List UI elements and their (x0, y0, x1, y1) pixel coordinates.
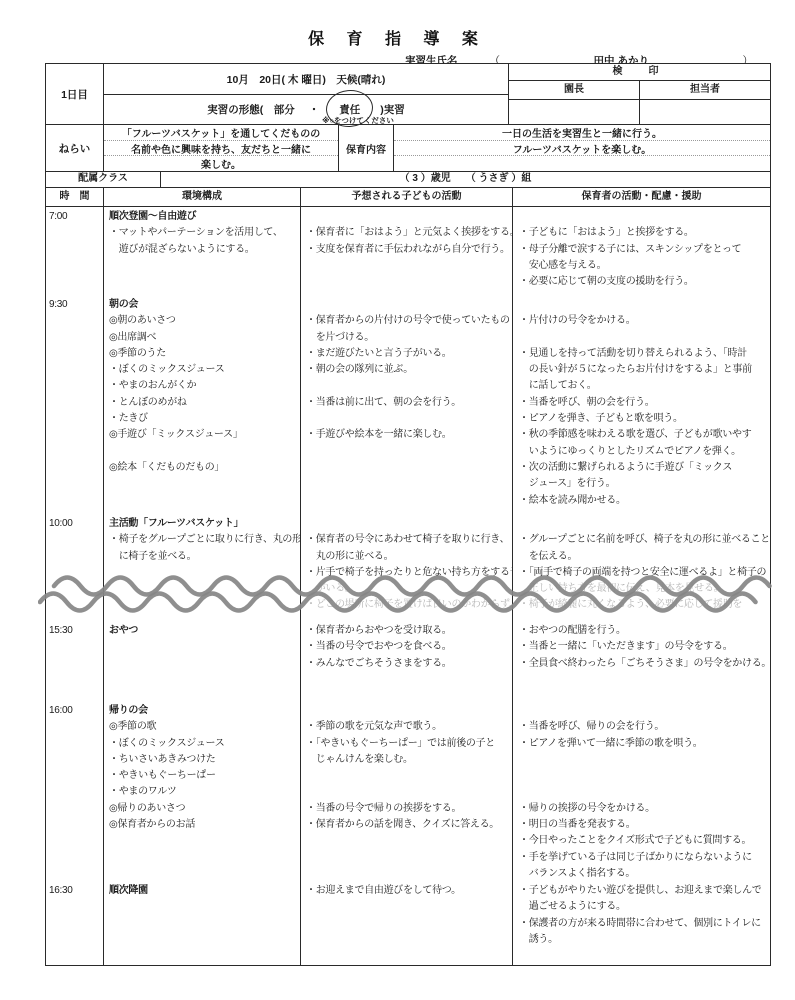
caregiver-activity-cell: ・片付けの号令をかける。 ・見通しを持って活動を切り替えられるよう、「時計 の長… (513, 295, 770, 514)
child-activity-cell: ・保育者の号令にあわせて椅子を取りに行き、 丸の形に並べる。・片手で椅子を持った… (301, 514, 513, 621)
caregiver-activity-cell: ・当番を呼び、帰りの会を行う。・ピアノを弾いて一緒に季節の歌を唄う。 ・帰りの挨… (513, 701, 770, 881)
plan-line (306, 703, 512, 719)
environment-cell: 朝の会◎朝のあいさつ◎出席調べ◎季節のうた・ぼくのミックスジュース・やまのおんが… (104, 295, 301, 514)
plan-line: ・母子分離で涙する子には、スキンシップをとって (519, 242, 770, 258)
plan-line: 誘う。 (519, 932, 770, 948)
plan-line: ◎季節の歌 (109, 719, 300, 735)
plan-line (306, 209, 512, 225)
assigned-class-value: （ 3 ）歳児 （ うさぎ ）組 (161, 172, 770, 187)
time-cell: 15:30 (46, 621, 104, 701)
assigned-class-label: 配属クラス (46, 172, 161, 187)
plan-line: ・子どもがやりたい遊びを提供し、お迎えまで楽しんで (519, 883, 770, 899)
plan-line: ・手遊びや絵本を一緒に楽しむ。 (306, 427, 512, 443)
child-activity-cell: ・保育者に「おはよう」と元気よく挨拶をする。・支度を保育者に手伝われながら自分で… (301, 207, 513, 295)
plan-line: ・おやつの配膳を行う。 (519, 623, 770, 639)
time-cell: 16:00 (46, 701, 104, 881)
plan-line: ・「両手で椅子の両端を持つと安全に運べるよ」と椅子の (519, 565, 770, 581)
plan-line: ・ちいさいあきみつけた (109, 752, 300, 768)
stamp-supervisor-field (640, 100, 770, 124)
plan-line: 安心感を与える。 (519, 258, 770, 274)
plan-line (519, 297, 770, 313)
inspection-stamp-box: 検 印 園長 担当者 (509, 64, 770, 124)
time-cell: 9:30 (46, 295, 104, 514)
plan-line: ◎帰りのあいさつ (109, 801, 300, 817)
plan-line: ・季節の歌を元気な声で歌う。 (306, 719, 512, 735)
plan-line: ◎朝のあいさつ (109, 313, 300, 329)
stamp-empty-cells (509, 100, 770, 124)
plan-line: ・みんなでごちそうさまをする。 (306, 656, 512, 672)
plan-line (519, 768, 770, 784)
care-content-label: 保育内容 (339, 125, 394, 171)
plan-line: ・明日の当番を発表する。 (519, 817, 770, 833)
care-content-line (394, 156, 770, 171)
activity-title: おやつ (109, 623, 300, 639)
plan-line: ・秋の季節感を味わえる歌を選び、子どもが歌いやす (519, 427, 770, 443)
plan-line: ・保育者からの片付けの号令で使っていたもの (306, 313, 512, 329)
time-value: 15:30 (49, 623, 103, 639)
plan-line (306, 768, 512, 784)
plan-line: ・保育者に「おはよう」と元気よく挨拶をする。 (306, 225, 512, 241)
plan-line: 過ごせるようにする。 (519, 899, 770, 915)
aim-line: 楽しむ。 (104, 156, 338, 171)
column-header-row: 時 間 環境構成 予想される子どもの活動 保育者の活動・配慮・援助 (46, 188, 770, 207)
day-number-cell: 1日目 (46, 64, 104, 124)
time-value: 16:30 (49, 883, 103, 899)
plan-line (519, 784, 770, 800)
plan-line: ・朝の会の隊列に並ぶ。 (306, 362, 512, 378)
schedule-section-15:30: 15:30おやつ・保育者からおやつを受け取る。・当番の号令でおやつを食べる。・み… (46, 621, 770, 701)
plan-line (519, 752, 770, 768)
stamp-title: 検 印 (509, 64, 770, 81)
plan-line: じゃんけんを楽しむ。 (306, 752, 512, 768)
environment-cell: おやつ (104, 621, 301, 701)
column-header-child-activity: 予想される子どもの活動 (301, 188, 513, 206)
plan-line: ・お迎えまで自由遊びをして待つ。 (306, 883, 512, 899)
schedule-section-9:30: 9:30朝の会◎朝のあいさつ◎出席調べ◎季節のうた・ぼくのミックスジュース・やま… (46, 295, 770, 514)
plan-line: ・当番の号令でおやつを食べる。 (306, 639, 512, 655)
caregiver-activity-cell: ・子どもがやりたい遊びを提供し、お迎えまで楽しんで 過ごせるようにする。・保護者… (513, 881, 770, 965)
plan-line (306, 411, 512, 427)
plan-line: ・当番は前に出て、朝の会を行う。 (306, 395, 512, 411)
plan-line: ・ピアノを弾いて一緒に季節の歌を唄う。 (519, 736, 770, 752)
schedule-section-10:00: 10:00主活動「フルーツバスケット」・椅子をグループごとに取りに行き、丸の形 … (46, 514, 770, 621)
plan-line (109, 444, 300, 460)
plan-line: ◎出席調べ (109, 330, 300, 346)
plan-line: ・必要に応じて朝の支度の援助を行う。 (519, 274, 770, 290)
plan-line: ・当番を呼び、朝の会を行う。 (519, 395, 770, 411)
time-value: 9:30 (49, 297, 103, 313)
plan-line (306, 297, 512, 313)
schedule-body: 7:00順次登園～自由遊び・マットやパーテーションを活用して、 遊びが混ざらない… (46, 207, 770, 965)
time-cell: 16:30 (46, 881, 104, 965)
plan-line: ◎保育者からのお話 (109, 817, 300, 833)
caregiver-activity-cell: ・子どもに「おはよう」と挨拶をする。・母子分離で涙する子には、スキンシップをとっ… (513, 207, 770, 295)
date-weather-row: 10月 20日( 木 曜日) 天候(晴れ) (104, 64, 508, 95)
plan-line: ◎季節のうた (109, 346, 300, 362)
time-value: 16:00 (49, 703, 103, 719)
column-header-environment: 環境構成 (104, 188, 301, 206)
plan-line: ・ぼくのミックスジュース (109, 362, 300, 378)
plan-line: を片づける。 (306, 330, 512, 346)
plan-line: ・どこの場所に椅子を置けば良いのかわからず、ふら (306, 597, 512, 613)
plan-line: 丸の形に並べる。 (306, 549, 512, 565)
plan-line: に椅子を並べる。 (109, 549, 300, 565)
aim-label: ねらい (46, 125, 104, 171)
plan-line: ・とんぼのめがね (109, 395, 300, 411)
plan-line: ・グループごとに名前を呼び、椅子を丸の形に並べること (519, 532, 770, 548)
lesson-plan-document: 保 育 指 導 案 実習生氏名 （ 田中 あかり ） 1日目 10月 20日( … (0, 0, 795, 1000)
form-separator: ・ (309, 102, 320, 117)
time-value: 7:00 (49, 209, 103, 225)
page-title: 保 育 指 導 案 (0, 26, 795, 49)
caregiver-activity-cell: ・グループごとに名前を呼び、椅子を丸の形に並べること を伝える。・「両手で椅子の… (513, 514, 770, 621)
child-activity-cell: ・保育者からの片付けの号令で使っていたもの を片づける。・まだ遊びたいと言う子が… (301, 295, 513, 514)
plan-line: ・保育者からの話を聞き、クイズに答える。 (306, 817, 512, 833)
plan-line (519, 330, 770, 346)
plan-line (306, 378, 512, 394)
plan-line: ・手を挙げている子は同じ子ばかりにならないように (519, 850, 770, 866)
training-form-row: 実習の形態( 部分 ・ 責任 )実習 ※○をつけてください (104, 95, 508, 124)
activity-title: 順次降園 (109, 883, 300, 899)
plan-line: ・片付けの号令をかける。 (519, 313, 770, 329)
column-header-caregiver-activity: 保育者の活動・配慮・援助 (513, 188, 770, 206)
plan-line: ・保育者の号令にあわせて椅子を取りに行き、 (306, 532, 512, 548)
plan-line (519, 703, 770, 719)
plan-line: ・支度を保育者に手伝われながら自分で行う。 (306, 242, 512, 258)
schedule-section-7:00: 7:00順次登園～自由遊び・マットやパーテーションを活用して、 遊びが混ざらない… (46, 207, 770, 295)
plan-line: ・絵本を読み聞かせる。 (519, 493, 770, 509)
plan-line: ◎絵本「くだものだもの」 (109, 460, 300, 476)
plan-line (306, 784, 512, 800)
plan-line: ・やまのワルツ (109, 784, 300, 800)
stamp-supervisor-label: 担当者 (640, 81, 770, 99)
care-content-line: フルーツバスケットを楽しむ。 (394, 141, 770, 157)
plan-line: を伝える。 (519, 549, 770, 565)
date-form-cell: 10月 20日( 木 曜日) 天候(晴れ) 実習の形態( 部分 ・ 責任 )実習… (104, 64, 509, 124)
caregiver-activity-cell: ・おやつの配膳を行う。・当番と一緒に「いただきます」の号令をする。・全員食べ終わ… (513, 621, 770, 701)
time-value: 10:00 (49, 516, 103, 532)
schedule-section-16:00: 16:00帰りの会◎季節の歌・ぼくのミックスジュース・ちいさいあきみつけた・やき… (46, 701, 770, 881)
plan-line: ・次の活動に繋げられるように手遊び「ミックス (519, 460, 770, 476)
class-band: 配属クラス （ 3 ）歳児 （ うさぎ ）組 (46, 172, 770, 188)
environment-cell: 主活動「フルーツバスケット」・椅子をグループごとに取りに行き、丸の形 に椅子を並… (104, 514, 301, 621)
care-content-cell: 一日の生活を実習生と一緒に行う。 フルーツバスケットを楽しむ。 (394, 125, 770, 171)
plan-line: ・椅子が綺麗に丸くなるよう、必要に応じて援助を (519, 597, 770, 613)
plan-line: ・ピアノを弾き、子どもと歌を唄う。 (519, 411, 770, 427)
plan-line: ・当番と一緒に「いただきます」の号令をする。 (519, 639, 770, 655)
plan-line: ・片手で椅子を持ったりと危ない持ち方をする子 (306, 565, 512, 581)
aim-band: ねらい 「フルーツバスケット」を通してくだものの 名前や色に興味を持ち、友だちと… (46, 125, 770, 172)
schedule-section-16:30: 16:30順次降園・お迎えまで自由遊びをして待つ。・子どもがやりたい遊びを提供し… (46, 881, 770, 965)
plan-line: 正しい持ち方を最初に伝え、見本を見せる。 (519, 581, 770, 597)
plan-line: ・保育者からおやつを受け取る。 (306, 623, 512, 639)
aim-text-cell: 「フルーツバスケット」を通してくだものの 名前や色に興味を持ち、友だちと一緒に … (104, 125, 339, 171)
plan-line (519, 516, 770, 532)
plan-line (306, 516, 512, 532)
child-activity-cell: ・お迎えまで自由遊びをして待つ。 (301, 881, 513, 965)
plan-line: ・マットやパーテーションを活用して、 (109, 225, 300, 241)
environment-cell: 順次登園～自由遊び・マットやパーテーションを活用して、 遊びが混ざらないようにす… (104, 207, 301, 295)
plan-line: ・全員食べ終わったら「ごちそうさま」の号令をかける。 (519, 656, 770, 672)
child-activity-cell: ・季節の歌を元気な声で歌う。・「やきいもぐーちーぱー」では前後の子と じゃんけん… (301, 701, 513, 881)
activity-title: 朝の会 (109, 297, 300, 313)
plan-line: がいる。 (306, 581, 512, 597)
time-cell: 7:00 (46, 207, 104, 295)
plan-line: に話しておく。 (519, 378, 770, 394)
care-content-line: 一日の生活を実習生と一緒に行う。 (394, 125, 770, 141)
activity-title: 順次登園～自由遊び (109, 209, 300, 225)
environment-cell: 帰りの会◎季節の歌・ぼくのミックスジュース・ちいさいあきみつけた・やきいもぐーち… (104, 701, 301, 881)
plan-line: ・見通しを持って活動を切り替えられるよう、「時計 (519, 346, 770, 362)
time-cell: 10:00 (46, 514, 104, 621)
activity-title: 主活動「フルーツバスケット」 (109, 516, 300, 532)
plan-line: ・当番を呼び、帰りの会を行う。 (519, 719, 770, 735)
stamp-director-field (509, 100, 640, 124)
plan-line: ・ぼくのミックスジュース (109, 736, 300, 752)
plan-line: ・今日やったことをクイズ形式で子どもに質問する。 (519, 833, 770, 849)
plan-line: ・たきび (109, 411, 300, 427)
activity-title: 帰りの会 (109, 703, 300, 719)
plan-line: ・保護者の方が来る時間帯に合わせて、個別にトイレに (519, 916, 770, 932)
plan-line: ・「やきいもぐーちーぱー」では前後の子と (306, 736, 512, 752)
environment-cell: 順次降園 (104, 881, 301, 965)
plan-line: ・椅子をグループごとに取りに行き、丸の形 (109, 532, 300, 548)
header-band: 1日目 10月 20日( 木 曜日) 天候(晴れ) 実習の形態( 部分 ・ 責任… (46, 64, 770, 125)
plan-line: ・まだ遊びたいと言う子がいる。 (306, 346, 512, 362)
plan-line: 遊びが混ざらないようにする。 (109, 242, 300, 258)
aim-line: 「フルーツバスケット」を通してくだものの (104, 125, 338, 141)
circle-instruction-note: ※○をつけてください (322, 115, 394, 126)
plan-line: ・やまのおんがくか (109, 378, 300, 394)
plan-line: ・子どもに「おはよう」と挨拶をする。 (519, 225, 770, 241)
aim-line: 名前や色に興味を持ち、友だちと一緒に (104, 141, 338, 157)
column-header-time: 時 間 (46, 188, 104, 206)
plan-line: ジュース」を行う。 (519, 476, 770, 492)
plan-table: 1日目 10月 20日( 木 曜日) 天候(晴れ) 実習の形態( 部分 ・ 責任… (45, 63, 771, 966)
child-activity-cell: ・保育者からおやつを受け取る。・当番の号令でおやつを食べる。・みんなでごちそうさ… (301, 621, 513, 701)
plan-line: いようにゆっくりとしたリズムでピアノを弾く。 (519, 444, 770, 460)
plan-line: バランスよく指名する。 (519, 866, 770, 881)
form-prefix: 実習の形態( 部分 (207, 102, 295, 117)
plan-line: ・帰りの挨拶の号令をかける。 (519, 801, 770, 817)
plan-line: の長い針が５になったらお片付けをするよ」と事前 (519, 362, 770, 378)
plan-line: ・当番の号令で帰りの挨拶をする。 (306, 801, 512, 817)
plan-line: ◎手遊び「ミックスジュース」 (109, 427, 300, 443)
plan-line (519, 209, 770, 225)
stamp-director-label: 園長 (509, 81, 640, 99)
plan-line: ・やきいもぐーちーぱー (109, 768, 300, 784)
